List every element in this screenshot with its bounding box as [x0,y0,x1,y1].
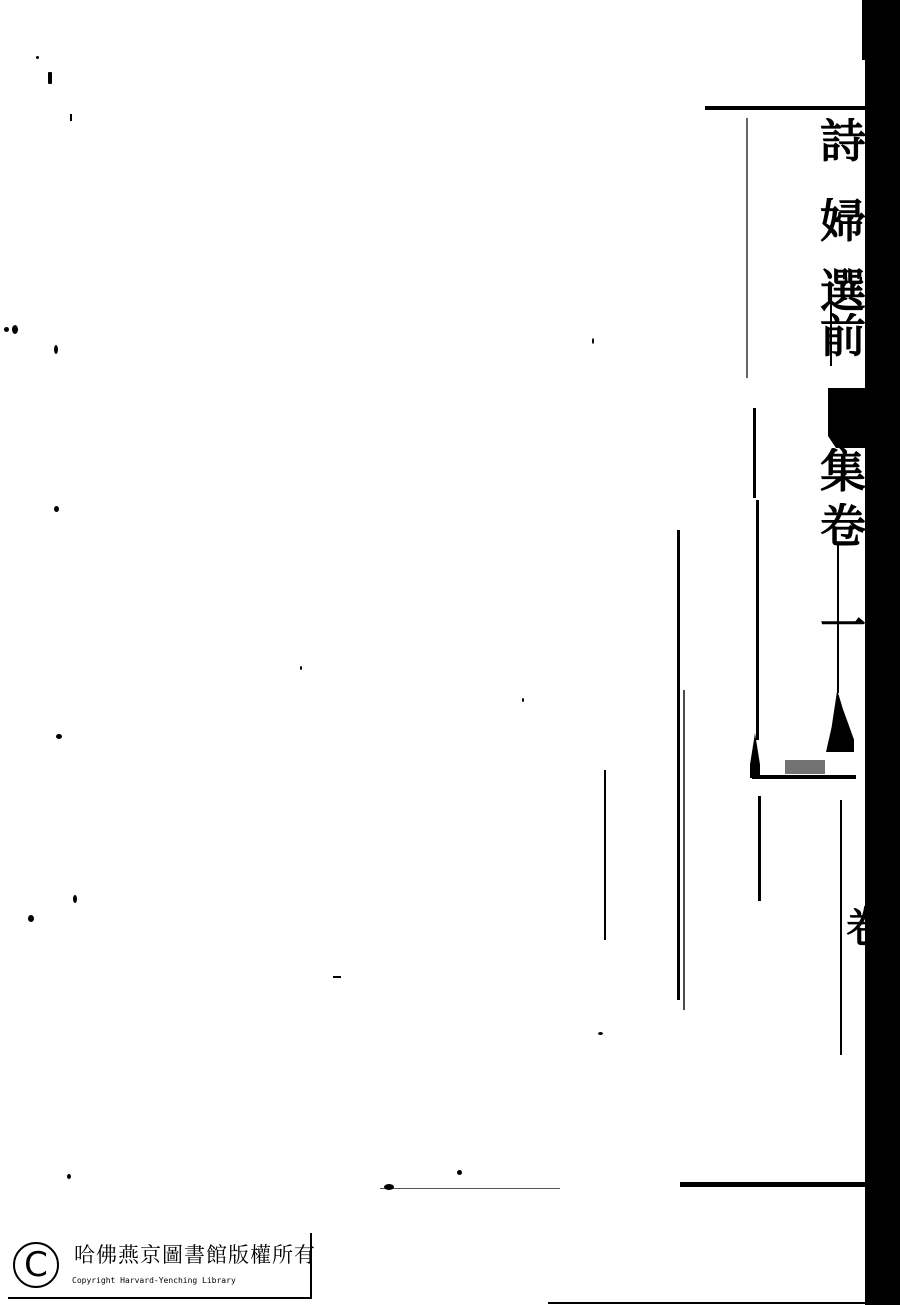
speck [36,56,39,59]
speck [56,734,62,739]
speck [457,1170,462,1175]
speck [333,976,341,978]
speck [48,72,52,84]
speck [54,506,59,512]
page-bottom-edge [548,1302,868,1304]
ink-damage [752,775,856,779]
title-char: 集 [820,448,868,494]
copyright-english-text: Copyright Harvard-Yenching Library [72,1276,236,1285]
speck [865,1045,869,1049]
speck [28,915,34,922]
column-rule [756,500,759,740]
speck [522,698,524,702]
column-rule [840,800,842,1055]
column-rule [746,118,748,378]
book-spine-edge [865,0,900,1305]
bottom-border-rule [680,1182,870,1187]
column-rule [677,530,680,1000]
speck [67,1174,71,1179]
title-char: 詩 [820,118,868,164]
copyright-chinese-text: 哈佛燕京圖書館版權所有 [74,1239,316,1269]
speck [70,114,72,121]
speck [73,895,77,903]
title-char: 選 [820,268,868,314]
column-rule [758,796,761,901]
book-spine-edge-top [862,0,900,60]
scanned-page: 詩 婦 選 前 集 卷 一 卷 C 哈佛燕京圖書館版權所有 Copyright … [0,0,900,1305]
speck [598,1032,603,1035]
top-border-rule [705,106,870,110]
title-char: 一 [820,603,868,649]
ink-damage [785,760,825,774]
title-char: 卷 [820,503,868,549]
title-char: 前 [820,313,868,359]
speck [4,327,9,332]
book-title-label: 詩 婦 選 前 集 卷 一 [820,118,868,788]
bottom-border-rule-faint [380,1188,560,1189]
title-label-dark-block [828,388,868,448]
speck [300,666,302,670]
speck [54,345,58,354]
copyright-symbol: C [24,1248,48,1282]
speck [592,338,594,344]
column-rule [753,408,756,498]
speck [384,1184,394,1190]
copyright-icon: C [13,1242,59,1288]
copyright-stamp: C 哈佛燕京圖書館版權所有 Copyright Harvard-Yenching… [8,1233,312,1299]
partial-character: 卷 [846,895,868,955]
speck [12,325,18,334]
column-rule [604,770,606,940]
title-char: 婦 [820,198,868,244]
column-rule [683,690,685,1010]
